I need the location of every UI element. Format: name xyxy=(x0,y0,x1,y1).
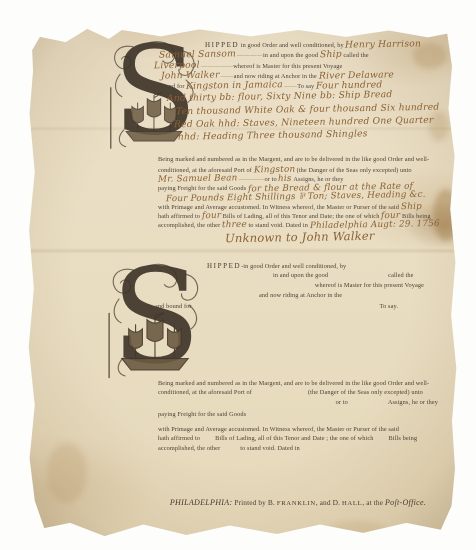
form-line: conditioned, at the aforesaid Port of Ki… xyxy=(158,166,412,175)
printed-spaced-text: HIPPED xyxy=(207,262,241,270)
handwritten-text: Liverpool xyxy=(154,61,200,71)
printed-text: Bills of Lading, all of this Tenor and D… xyxy=(221,213,381,220)
printed-text: Bills being xyxy=(400,213,430,220)
ruled-dash: — — — — — xyxy=(200,64,234,70)
printed-text: Being marked and numbered as in the Marg… xyxy=(158,156,429,163)
form-line: Being marked and numbered as in the Marg… xyxy=(158,381,429,387)
form-line: hath affirmed to four Bills of Lading, a… xyxy=(158,212,431,221)
printed-text: , at the xyxy=(362,498,385,507)
ink-stain xyxy=(327,521,387,541)
printed-text: to stand void. Dated in xyxy=(240,445,300,452)
form-line: whereof is Master for this present Voyag… xyxy=(227,283,424,289)
photo-background: S S xyxy=(0,0,476,550)
drop-cap-s-woodcut-icon: S xyxy=(103,259,205,381)
handwritten-text: Henry Harrison xyxy=(345,39,421,50)
printed-text: Assigns, he or they xyxy=(292,176,344,183)
form-line: hhd: Heading Three thousand Shingles xyxy=(178,131,368,140)
form-line: conditioned, at the aforesaid Port of(th… xyxy=(158,390,423,396)
section-blank-form-header: HIPPED-in good Order and well conditione… xyxy=(27,13,458,543)
form-line: HIPPED in good Order and well conditione… xyxy=(205,40,421,49)
printed-text: or to xyxy=(336,399,348,406)
printed-text: with Primage and Average accustomed. In … xyxy=(158,204,401,211)
handwritten-text: four xyxy=(381,212,400,221)
printed-text: Printed by B. xyxy=(232,498,276,507)
printed-text: (the Danger of the Seas only excepted) u… xyxy=(308,389,423,396)
printer-imprint: PHILADELPHIA: Printed by B. Franklin, an… xyxy=(27,13,458,543)
printed-text: or to xyxy=(265,176,279,183)
form-line: PHILADELPHIA: Printed by B. Franklin, an… xyxy=(142,499,454,508)
ruled-dash: — — xyxy=(283,84,297,90)
handwritten-text: Four hundred xyxy=(316,80,383,90)
handwritten-text: John Walker xyxy=(161,70,220,80)
ink-stain xyxy=(429,111,449,141)
handwritten-text: Kingston in Jamaica xyxy=(186,80,283,91)
drop-cap-s-woodcut-icon: S xyxy=(105,37,201,151)
printed-text: called the xyxy=(342,52,369,59)
handwritten-text: And thirty bb: flour, Sixty Nine bb: Shi… xyxy=(167,90,393,103)
ruled-dash: — — — — xyxy=(236,53,263,59)
handwritten-text: River Delaware xyxy=(318,70,393,81)
form-line: John Walker — — and now riding at Anchor… xyxy=(161,71,394,80)
handwritten-text: Kingston xyxy=(254,166,295,176)
ruled-dash: — — — — xyxy=(238,177,265,183)
printed-text: and bound for xyxy=(148,83,186,90)
ink-stain xyxy=(47,443,87,503)
printed-text: -in good Order and well conditioned, by xyxy=(241,263,346,270)
svg-text:S: S xyxy=(113,37,197,151)
italic-printed-text: PHILADELPHIA: xyxy=(170,498,233,507)
printed-text: Being marked and numbered as in the Marg… xyxy=(158,380,429,387)
small-caps-printed-text: Hall xyxy=(342,500,362,507)
printed-spaced-text: HIPPED xyxy=(205,41,239,49)
handwritten-text: four xyxy=(202,212,221,221)
printed-text: called the xyxy=(388,272,413,279)
printed-text: in good Order and well conditioned, by xyxy=(239,42,345,49)
handwritten-text: Four Pounds Eight Shillings ⅌ Ton; Stave… xyxy=(166,191,426,204)
small-caps-printed-text: Franklin xyxy=(277,500,316,507)
printed-text: with Primage and Average accustomed. In … xyxy=(158,426,399,433)
printed-text: Assigns, he or they xyxy=(388,399,438,406)
ink-stain xyxy=(433,189,459,241)
printed-text: (the Danger of the Seas only excepted) u… xyxy=(295,167,412,174)
printed-text: hath affirmed to xyxy=(158,213,202,220)
handwritten-text: Philadelphia Augt: 29. 1756 xyxy=(310,220,440,231)
svg-text:S: S xyxy=(111,259,200,381)
handwritten-text: Unknown to John Walker xyxy=(225,231,375,245)
form-line: Unknown to John Walker xyxy=(225,232,375,244)
form-line: And thirty bb: flour, Sixty Nine bb: Shi… xyxy=(167,92,392,101)
form-line: in and upon the goodcalled the xyxy=(273,273,413,279)
section-blank-form-body: Being marked and numbered as in the Marg… xyxy=(27,13,458,543)
handwritten-text: Red Oak hhd: Staves, Nineteen hundred On… xyxy=(174,116,434,130)
form-line: and now riding at Anchor in the xyxy=(259,293,342,299)
form-line: with Primage and Average accustomed. In … xyxy=(158,203,422,212)
section-filled-form-header: HIPPED in good Order and well conditione… xyxy=(27,13,458,543)
printed-text: and now riding at Anchor in the xyxy=(234,73,319,80)
handwritten-text: Ship xyxy=(401,203,422,212)
section-filled-form-body: Being marked and numbered as in the Marg… xyxy=(27,13,458,543)
form-line: accomplished, the otherto stand void. Da… xyxy=(158,446,300,452)
printed-text: paying Freight for the said Goods xyxy=(158,185,248,192)
handwritten-text: Ten thousand White Oak & four thousand S… xyxy=(176,103,440,117)
printed-text: To say xyxy=(297,83,316,90)
printed-text: conditioned, at the aforesaid Port of xyxy=(158,167,254,174)
form-line: and bound forTo say. xyxy=(155,304,398,310)
form-line: Being marked and numbered as in the Marg… xyxy=(158,157,429,163)
printed-text: paying Freight for the said Goods xyxy=(158,411,246,418)
form-line: with Primage and Average accustomed. In … xyxy=(158,427,399,433)
handwritten-text: three xyxy=(222,221,247,230)
printed-text: Bills being xyxy=(389,435,418,442)
handwritten-text: Samuel Sansom xyxy=(159,49,236,60)
form-line: and bound for Kingston in Jamaica — — To… xyxy=(148,81,382,90)
printed-text: whereof is Master for this present Voyag… xyxy=(315,282,424,289)
form-line: Liverpool — — — — — whereof is Master fo… xyxy=(154,61,342,70)
handwritten-text: Ship xyxy=(320,50,342,60)
printed-text: accomplished, the other xyxy=(158,222,222,229)
form-line: Red Oak hhd: Staves, Nineteen hundred On… xyxy=(174,118,433,127)
printed-text: in and upon the good xyxy=(273,272,328,279)
printed-text: and bound for xyxy=(155,303,192,310)
form-line: paying Freight for the said Goods xyxy=(158,412,246,418)
printed-text: and now riding at Anchor in the xyxy=(259,292,342,299)
form-line: Samuel Sansom — — — — in and upon the go… xyxy=(159,50,369,59)
form-line: paying Freight for the said Goods for th… xyxy=(158,184,413,193)
handwritten-text: for the Bread & flour at the Rate of xyxy=(248,183,413,195)
printed-text: , and D. xyxy=(316,498,342,507)
printed-text: hath affirmed to xyxy=(158,435,200,442)
printed-text: conditioned, at the aforesaid Port of xyxy=(158,389,252,396)
handwritten-text: his xyxy=(278,175,292,184)
bill-of-lading-sheet: S S xyxy=(27,13,458,543)
ruled-dash: — — xyxy=(220,74,234,80)
paper-edge-shading xyxy=(27,13,458,543)
form-line: accomplished, the other three to stand v… xyxy=(158,221,439,230)
form-line: HIPPED-in good Order and well conditione… xyxy=(207,263,346,270)
printed-text: in and upon the good xyxy=(263,52,320,59)
form-line: Mr. Samuel Bean — — — — or to his Assign… xyxy=(158,175,344,184)
printed-text: To say. xyxy=(380,303,398,310)
italic-printed-text: Poſt-Office. xyxy=(385,498,426,507)
form-line: or toAssigns, he or they xyxy=(158,400,438,406)
printed-text: Bills of Lading, all of this Tenor and D… xyxy=(215,435,373,442)
handwritten-text: hhd: Heading Three thousand Shingles xyxy=(178,129,368,142)
handwritten-text: Mr. Samuel Bean xyxy=(158,174,238,184)
printed-text: accomplished, the other xyxy=(158,445,220,452)
ink-stain xyxy=(413,43,447,69)
form-line: hath affirmed toBills of Lading, all of … xyxy=(158,436,417,442)
form-line: Ten thousand White Oak & four thousand S… xyxy=(176,105,439,114)
printed-text: to stand void. Dated in xyxy=(247,222,310,229)
printed-text: whereof is Master for this present Voyag… xyxy=(233,63,342,70)
form-line: Four Pounds Eight Shillings ⅌ Ton; Stave… xyxy=(166,193,426,202)
